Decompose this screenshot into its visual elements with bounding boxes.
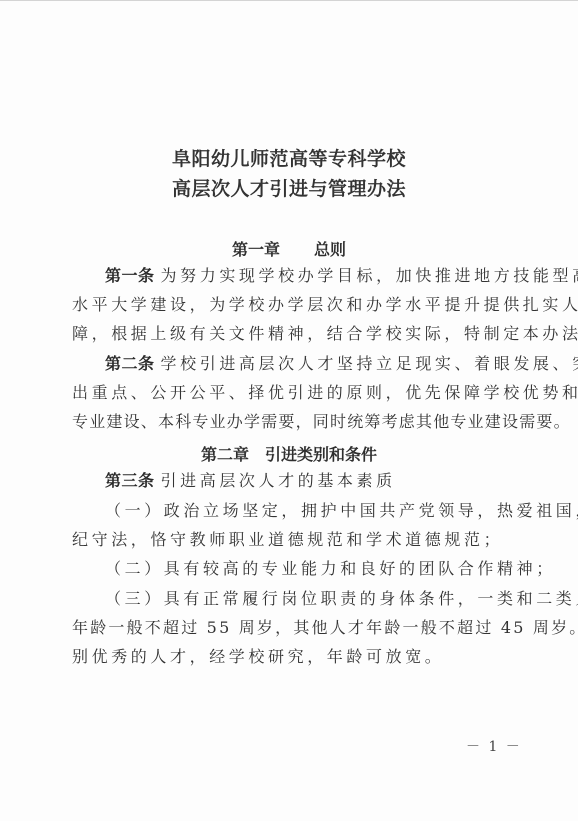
document-page: 阜阳幼儿师范高等专科学校 高层次人才引进与管理办法 第一章总则 第一条为努力实现… bbox=[0, 0, 578, 821]
article-1-text: 为努力实现学校办学目标，加快推进地方技能型高 bbox=[161, 266, 578, 285]
article-2-line-2: 出重点、公开公平、择优引进的原则，优先保障学校优势和特色 bbox=[72, 383, 506, 403]
chapter-2-name: 引进类别和条件 bbox=[265, 445, 377, 464]
article-1-line-1: 第一条为努力实现学校办学目标，加快推进地方技能型高 bbox=[105, 266, 506, 286]
chapter-2-heading: 第二章引进类别和条件 bbox=[0, 442, 578, 465]
article-2-text: 学校引进高层次人才坚持立足现实、着眼发展、突 bbox=[161, 354, 578, 373]
article-2-line-3: 专业建设、本科专业办学需要，同时统筹考虑其他专业建设需要。 bbox=[72, 412, 506, 432]
article-3-item-2: （二）具有较高的专业能力和良好的团队合作精神； bbox=[105, 559, 506, 579]
article-2-line-3-text: 专业建设、本科专业办学需要，同时统筹考虑其他专业建设需要。 bbox=[72, 412, 571, 431]
article-3-item-3-line-1: （三）具有正常履行岗位职责的身体条件，一类和二类人才 bbox=[105, 589, 506, 609]
article-1-label: 第一条 bbox=[105, 266, 155, 285]
article-3-heading: 引进高层次人才的基本素质 bbox=[161, 471, 396, 490]
chapter-1-name: 总则 bbox=[314, 240, 346, 259]
chapter-1-heading: 第一章总则 bbox=[0, 237, 578, 260]
chapter-1-number: 第一章 bbox=[232, 240, 280, 259]
article-1-line-3: 障，根据上级有关文件精神，结合学校实际，特制定本办法。 bbox=[72, 324, 506, 344]
document-title-line2: 高层次人才引进与管理办法 bbox=[0, 174, 578, 201]
article-3-item-3-line-2-text: 年龄一般不超过 55 周岁，其他人才年龄一般不超过 45 周岁。特 bbox=[72, 618, 578, 637]
article-2-line-1: 第二条学校引进高层次人才坚持立足现实、着眼发展、突 bbox=[105, 354, 506, 374]
article-1-line-2: 水平大学建设，为学校办学层次和办学水平提升提供扎实人才保 bbox=[72, 295, 506, 315]
article-3-item-3-line-3: 别优秀的人才，经学校研究，年龄可放宽。 bbox=[72, 647, 506, 667]
document-title-line1: 阜阳幼儿师范高等专科学校 bbox=[0, 144, 578, 171]
article-3-item-3-line-2: 年龄一般不超过 55 周岁，其他人才年龄一般不超过 45 周岁。特 bbox=[72, 618, 506, 638]
article-3-item-1-line-2: 纪守法，恪守教师职业道德规范和学术道德规范； bbox=[72, 530, 506, 550]
page-number: － 1 － bbox=[466, 736, 522, 756]
article-3-label: 第三条 bbox=[105, 471, 155, 490]
article-3-item-1-line-1: （一）政治立场坚定，拥护中国共产党领导，热爱祖国，遵 bbox=[105, 501, 506, 521]
chapter-2-number: 第二章 bbox=[201, 445, 249, 464]
article-2-label: 第二条 bbox=[105, 354, 155, 373]
article-3-line-1: 第三条引进高层次人才的基本素质 bbox=[105, 471, 506, 491]
